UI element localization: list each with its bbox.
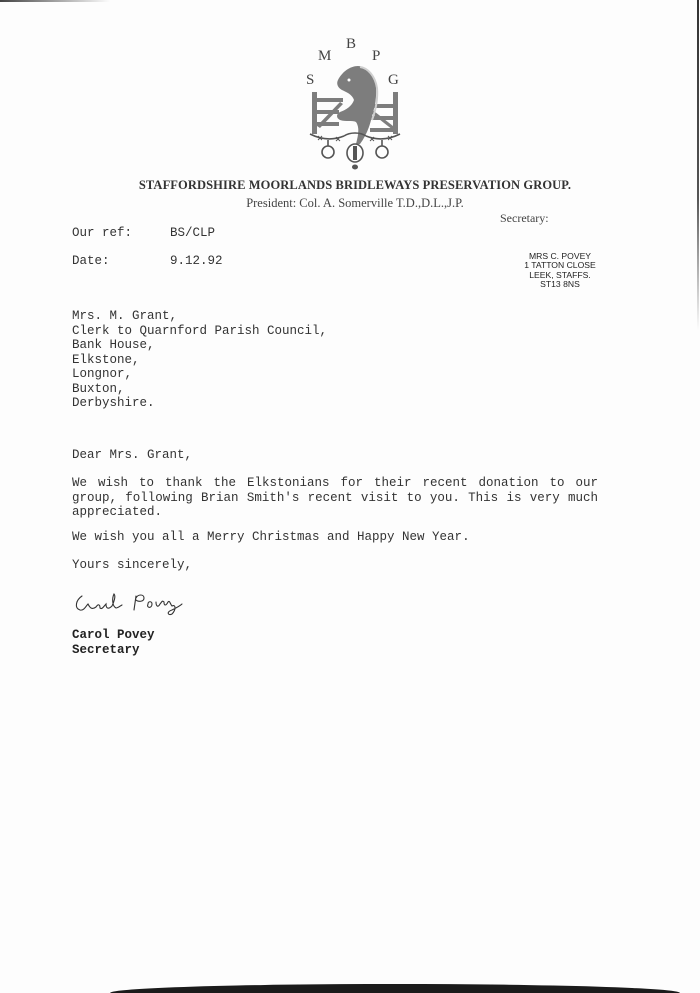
organisation-logo: B M P S G (300, 36, 410, 171)
body-paragraph-2: We wish you all a Merry Christmas and Ha… (72, 530, 470, 544)
secretary-label: Secretary: (500, 211, 549, 226)
closing: Yours sincerely, (72, 558, 192, 572)
recipient-line: Buxton, (72, 382, 327, 397)
signer-block: Carol Povey Secretary (72, 628, 155, 658)
signer-title: Secretary (72, 643, 155, 658)
our-ref-value: BS/CLP (170, 226, 215, 240)
recipient-line: Longnor, (72, 367, 327, 382)
handwritten-signature: Carol Povey (72, 588, 192, 618)
body-paragraph-1: We wish to thank the Elkstonians for the… (72, 476, 598, 520)
scan-edge-bottom (110, 984, 680, 993)
recipient-line: Clerk to Quarnford Parish Council, (72, 324, 327, 339)
president-line: President: Col. A. Somerville T.D.,D.L.,… (0, 196, 700, 211)
recipient-line: Mrs. M. Grant, (72, 309, 327, 324)
scan-edge-top (0, 0, 110, 2)
recipient-address: Mrs. M. Grant, Clerk to Quarnford Parish… (72, 309, 327, 411)
organisation-name: STAFFORDSHIRE MOORLANDS BRIDLEWAYS PRESE… (0, 178, 700, 193)
recipient-line: Bank House, (72, 338, 327, 353)
signer-name: Carol Povey (72, 628, 155, 643)
date-value: 9.12.92 (170, 254, 223, 268)
secretary-address-stamp: MRS C. POVEY 1 TATTON CLOSE LEEK, STAFFS… (510, 252, 610, 290)
date-label: Date: (72, 254, 110, 268)
recipient-line: Elkstone, (72, 353, 327, 368)
our-ref-row: Our ref: BS/CLP (72, 226, 132, 240)
secretary-address-line: ST13 8NS (510, 280, 610, 289)
salutation: Dear Mrs. Grant, (72, 448, 192, 462)
our-ref-label: Our ref: (72, 226, 132, 240)
scan-edge-right (697, 0, 699, 330)
date-row: Date: 9.12.92 (72, 254, 110, 268)
horse-head-between-gates-icon (300, 36, 410, 171)
recipient-line: Derbyshire. (72, 396, 327, 411)
